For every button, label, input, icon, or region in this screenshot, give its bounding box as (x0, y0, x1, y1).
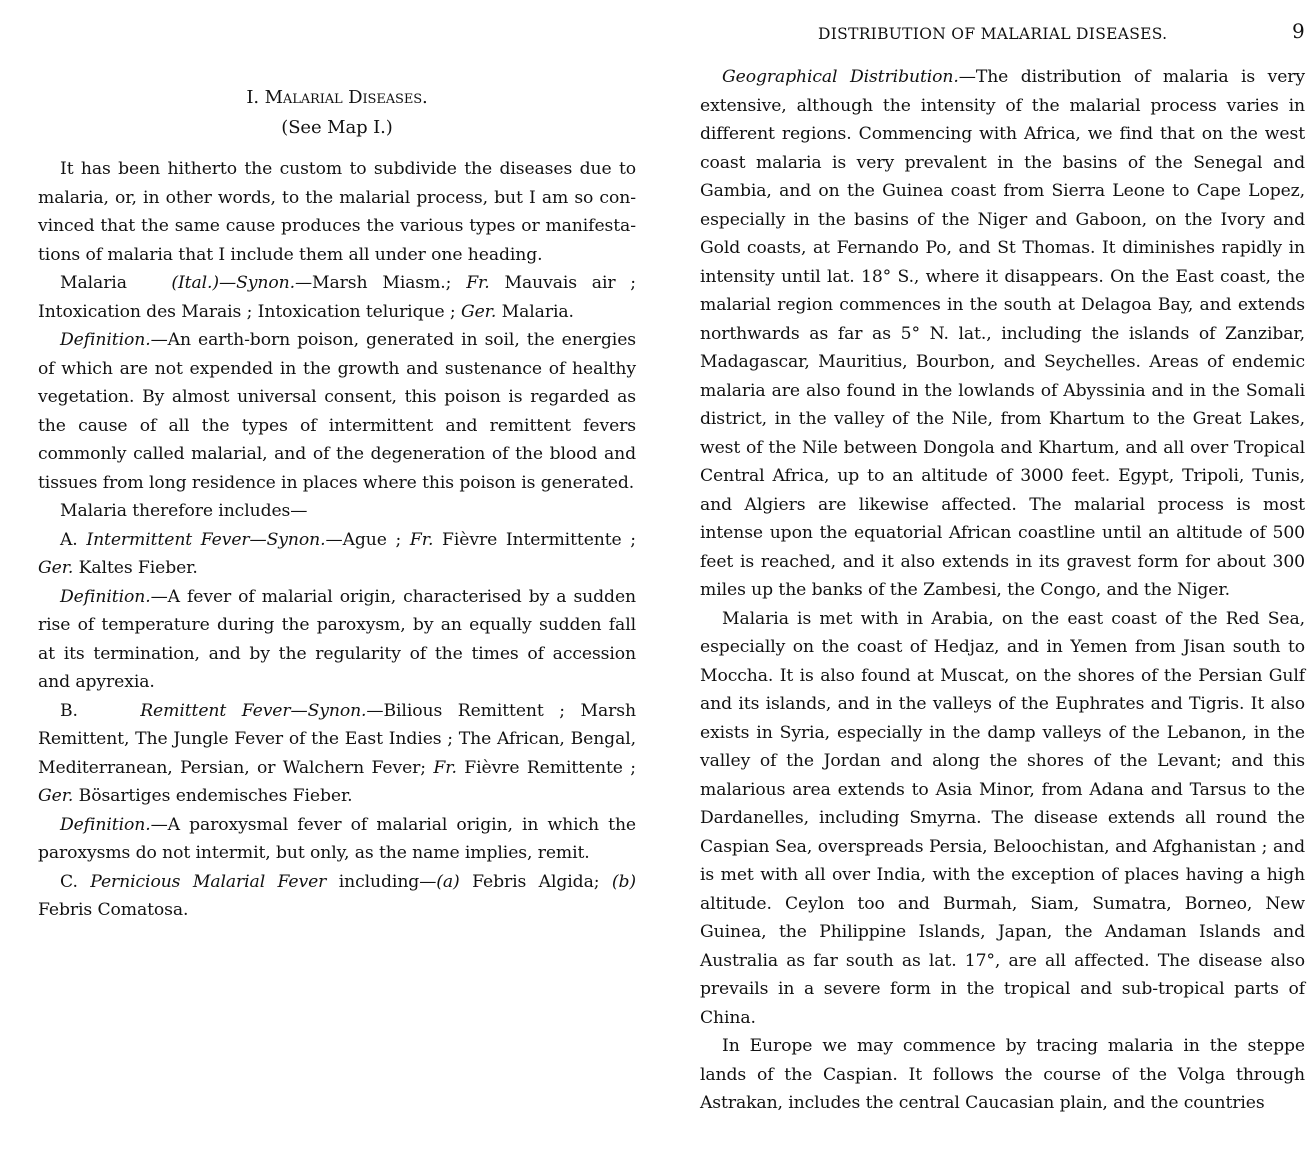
page-number: 9 (1292, 17, 1305, 46)
item-a-title: Intermittent Fever—Synon. (86, 530, 325, 550)
geographical-distribution-label: Geographical Distribution. (722, 67, 959, 87)
label-german: Ger. (461, 302, 496, 322)
definition-label: Definition. (60, 330, 151, 350)
definition-label: Definition. (60, 815, 151, 835)
item-c-prefix: C. (60, 872, 78, 892)
definition-label: Definition. (60, 587, 151, 607)
includes-paragraph: Malaria therefore includes— (38, 497, 636, 526)
item-b-french: Fièvre Remittente ; (464, 758, 636, 778)
item-b-german: Bösartiges endemisches Fieber. (79, 786, 353, 806)
arabia-asia-paragraph: Malaria is met with in Arabia, on the ea… (700, 605, 1305, 1033)
item-c-paragraph: C. Pernicious Malarial Fever including—(… (38, 868, 636, 925)
item-b-title: Remittent Fever—Synon. (140, 701, 366, 721)
item-c-text: Febris Algida; (460, 872, 612, 892)
term-malaria: Malaria (60, 273, 127, 293)
item-a-synonym: —Ague ; (325, 530, 401, 550)
item-a-german: Kaltes Fieber. (79, 558, 198, 578)
item-a-french: Fièvre Intermittente ; (442, 530, 636, 550)
malaria-synonyms-paragraph: Malaria (Ital.)—Synon.—Marsh Miasm.; Fr.… (38, 269, 636, 326)
item-c-sub-b: (b) (612, 872, 636, 892)
label-german: Ger. (38, 558, 73, 578)
section-number: I. (246, 87, 259, 108)
item-c-text: including— (326, 872, 436, 892)
running-head-title: DISTRIBUTION OF MALARIAL DISEASES. (818, 20, 1167, 49)
section-title: Malarial Diseases. (265, 87, 428, 108)
german-synonym: Malaria. (502, 302, 574, 322)
intro-paragraph: It has been hitherto the custom to subdi… (38, 155, 636, 269)
label-italian: (Ital.) (171, 273, 219, 293)
item-a-prefix: A. (60, 530, 78, 550)
right-body-text: Geographical Distribution.—The distribut… (700, 63, 1305, 1118)
label-french: Fr. (466, 273, 489, 293)
section-map-reference: (See Map I.) (38, 114, 636, 142)
label-french: Fr. (433, 758, 456, 778)
item-c-title: Pernicious Malarial Fever (90, 872, 326, 892)
label-synon: —Synon. (219, 273, 295, 293)
section-heading: I. Malarial Diseases. (38, 84, 636, 112)
running-head: DISTRIBUTION OF MALARIAL DISEASES. 9 (818, 20, 1305, 46)
definition-paragraph-1: Definition.—An earth-born poison, genera… (38, 326, 636, 497)
item-b-paragraph: B. Remittent Fever—Synon.—Bilious Remitt… (38, 697, 636, 811)
definition-paragraph-3: Definition.—A paroxysmal fever of malari… (38, 811, 636, 868)
europe-paragraph: In Europe we may commence by tracing mal… (700, 1032, 1305, 1118)
left-body-text: It has been hitherto the custom to subdi… (38, 155, 636, 925)
geographical-distribution-text: —The distribution of malaria is very ext… (700, 67, 1305, 600)
item-b-prefix: B. (60, 701, 78, 721)
label-french: Fr. (410, 530, 433, 550)
geographical-distribution-paragraph: Geographical Distribution.—The distribut… (700, 63, 1305, 605)
item-a-paragraph: A. Intermittent Fever—Synon.—Ague ; Fr. … (38, 526, 636, 583)
definition-paragraph-2: Definition.—A fever of malarial origin, … (38, 583, 636, 697)
synonym-text: —Marsh Miasm.; (295, 273, 451, 293)
item-c-sub-a: (a) (436, 872, 459, 892)
definition-text: —An earth-born poison, generated in soil… (38, 330, 636, 493)
item-c-text: Febris Comatosa. (38, 900, 188, 920)
label-german: Ger. (38, 786, 73, 806)
